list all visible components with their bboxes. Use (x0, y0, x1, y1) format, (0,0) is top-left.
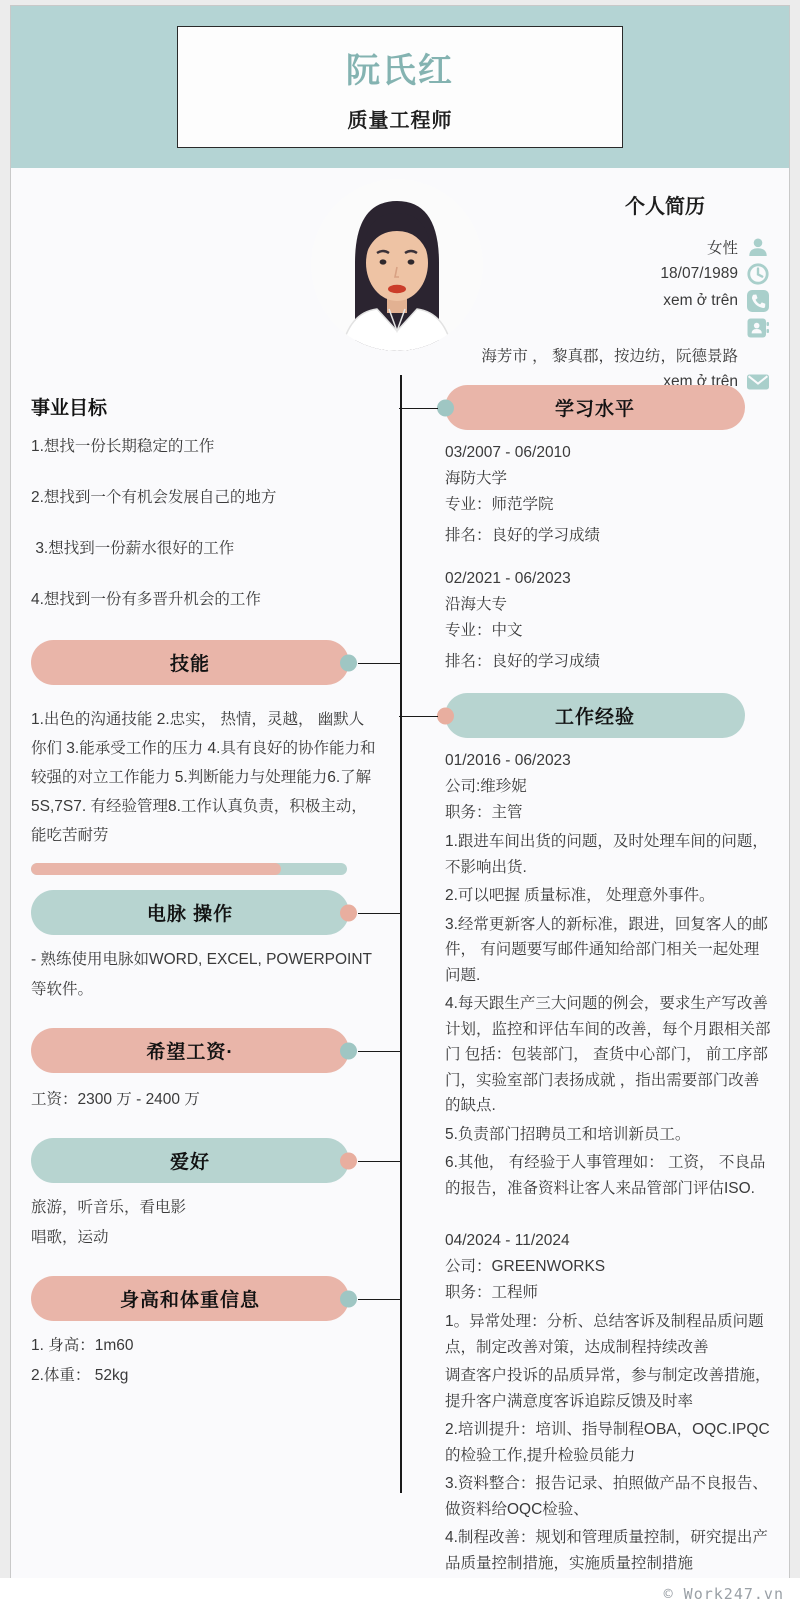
experience-detail: 4.每天跟生产三大问题的例会，要求生产写改善计划，监控和评估车间的改善，每个月跟… (445, 991, 773, 1119)
experience-detail: 1.跟进车间出货的问题，及时处理车间的问题，不影响出货. (445, 829, 773, 880)
salary-pill: 希望工资· (31, 1028, 349, 1073)
experience-position: 职务：工程师 (445, 1280, 773, 1306)
skills-progress-bar (31, 863, 347, 875)
salary-text: 工资：2300 万 - 2400 万 (31, 1085, 377, 1115)
contact-card-row (309, 314, 769, 341)
footer-strip: © Work247.vn (0, 1578, 800, 1608)
education-school: 沿海大专 (445, 592, 773, 618)
personal-info-heading: 个人简历 (309, 190, 705, 219)
connector-line (358, 1161, 400, 1163)
connector-line (358, 913, 400, 915)
spacer (445, 549, 773, 566)
computer-section-header: 电脉 操作 (31, 890, 349, 935)
experience-company: 公司：GREENWORKS (445, 1254, 773, 1280)
birthday-row: 18/07/1989 (309, 260, 769, 287)
experience-detail: 6.其他， 有经验于人事管理如： 工资， 不良品的报告，准备资料让客人来品管部门… (445, 1150, 773, 1201)
connector-dot (340, 654, 357, 671)
experience-section-header: 工作经验 (445, 693, 745, 738)
gender-value: 女性 (707, 236, 738, 258)
education-school: 海防大学 (445, 466, 773, 492)
hobby-line: 旅游，听音乐，看电影 (31, 1193, 377, 1223)
experience-detail: 4.制程改善：规划和管理质量控制，研究提出产品质量控制措施，实施质量控制措施 (445, 1525, 773, 1576)
connector-line (399, 716, 438, 718)
profile-section: 个人简历 女性 18/07/1989 xem ở trên (11, 176, 789, 381)
education-rank: 排名：良好的学习成绩 (445, 523, 773, 549)
phone-row: xem ở trên (309, 287, 769, 314)
gender-row: 女性 (309, 233, 769, 260)
objective-item: 1.想找一份长期稳定的工作 (31, 436, 377, 457)
phone-value: xem ở trên (663, 292, 738, 310)
education-major: 专业：师范学院 (445, 492, 773, 518)
address-row: 海芳市 ， 黎真郡，按边纺，阮德景路 (309, 341, 769, 368)
connector-line (358, 1051, 400, 1053)
skills-progress-fill (31, 863, 281, 875)
header-banner: 阮氏红 质量工程师 (11, 6, 789, 168)
skills-section-header: 技能 (31, 640, 349, 685)
experience-position: 职务：主管 (445, 800, 773, 826)
education-pill: 学习水平 (445, 385, 745, 430)
objective-item: 2.想找到一个有机会发展自己的地方 (31, 487, 377, 508)
address-value: 海芳市 ， 黎真郡，按边纺，阮德景路 (481, 344, 738, 366)
skills-pill: 技能 (31, 640, 349, 685)
center-divider (400, 375, 402, 1493)
salary-section-header: 希望工资· (31, 1028, 349, 1073)
connector-line (399, 408, 438, 410)
computer-pill: 电脉 操作 (31, 890, 349, 935)
objective-item: 3.想找到一份薪水很好的工作 (31, 538, 377, 559)
experience-detail: 3.资料整合：报告记录、拍照做产品不良报告、做资料给OQC检验、 (445, 1471, 773, 1522)
objective-heading: 事业目标 (31, 393, 377, 420)
weight-line: 2.体重： 52kg (31, 1361, 377, 1391)
education-section-header: 学习水平 (445, 385, 745, 430)
birthday-value: 18/07/1989 (660, 265, 738, 283)
person-icon (747, 236, 769, 258)
computer-text: - 熟练使用电脉如WORD, EXCEL, POWERPOINT 等软件。 (31, 945, 377, 1005)
connector-line (358, 663, 400, 665)
hobby-pill: 爱好 (31, 1138, 349, 1183)
spacer (445, 1201, 773, 1228)
education-rank: 排名：良好的学习成绩 (445, 649, 773, 675)
connector-line (358, 1299, 400, 1301)
education-period: 02/2021 - 06/2023 (445, 566, 773, 592)
connector-dot (437, 399, 454, 416)
experience-period: 04/2024 - 11/2024 (445, 1228, 773, 1254)
connector-dot (340, 1152, 357, 1169)
education-period: 03/2007 - 06/2010 (445, 440, 773, 466)
education-major: 专业：中文 (445, 618, 773, 644)
height-line: 1. 身高：1m60 (31, 1331, 377, 1361)
experience-period: 01/2016 - 06/2023 (445, 748, 773, 774)
resume-body: 个人简历 女性 18/07/1989 xem ở trên (11, 168, 789, 1578)
watermark: © Work247.vn (664, 1585, 784, 1603)
skills-text: 1.出色的沟通技能 2.忠实， 热情，灵越， 幽默人你们 3.能承受工作的压力 … (31, 705, 377, 850)
experience-detail: 2.可以吧握 质量标准， 处理意外事件。 (445, 883, 773, 909)
experience-detail: 3.经常更新客人的新标准，跟进，回复客人的邮件， 有问题要写邮件通知给部门相关一… (445, 912, 773, 989)
experience-pill: 工作经验 (445, 693, 745, 738)
experience-detail: 调查客户投诉的品质异常，参与制定改善措施，提升客户满意度客诉追踪反馈及时率 (445, 1363, 773, 1414)
connector-dot (340, 1042, 357, 1059)
personal-info: 个人简历 女性 18/07/1989 xem ở trên (309, 190, 769, 395)
objective-item: 4.想找到一份有多晋升机会的工作 (31, 589, 377, 610)
left-column: 事业目标 1.想找一份长期稳定的工作 2.想找到一个有机会发展自己的地方 3.想… (11, 381, 399, 1576)
experience-company: 公司:维珍妮 (445, 774, 773, 800)
connector-dot (437, 707, 454, 724)
body-info-pill: 身高和体重信息 (31, 1276, 349, 1321)
resume-document: 阮氏红 质量工程师 (10, 5, 790, 1578)
connector-dot (340, 904, 357, 921)
body-info-section-header: 身高和体重信息 (31, 1276, 349, 1321)
address-card-icon (747, 317, 769, 339)
phone-icon (747, 290, 769, 312)
right-column: 学习水平 03/2007 - 06/2010 海防大学 专业：师范学院 排名：良… (399, 381, 789, 1576)
experience-detail: 2.培训提升：培训、指导制程OBA，OQC.IPQC 的检验工作,提升检验员能力 (445, 1417, 773, 1468)
name-box: 阮氏红 质量工程师 (177, 26, 623, 148)
candidate-job-title: 质量工程师 (188, 104, 612, 133)
hobby-line: 唱歌，运动 (31, 1223, 377, 1253)
candidate-name: 阮氏红 (188, 43, 612, 92)
columns: 事业目标 1.想找一份长期稳定的工作 2.想找到一个有机会发展自己的地方 3.想… (11, 381, 789, 1576)
experience-detail: 5.负责部门招聘员工和培训新员工。 (445, 1122, 773, 1148)
experience-detail: 1。异常处理：分析、总结客诉及制程品质问题点，制定改善对策，达成制程持续改善 (445, 1309, 773, 1360)
connector-dot (340, 1290, 357, 1307)
clock-icon (747, 263, 769, 285)
hobby-section-header: 爱好 (31, 1138, 349, 1183)
